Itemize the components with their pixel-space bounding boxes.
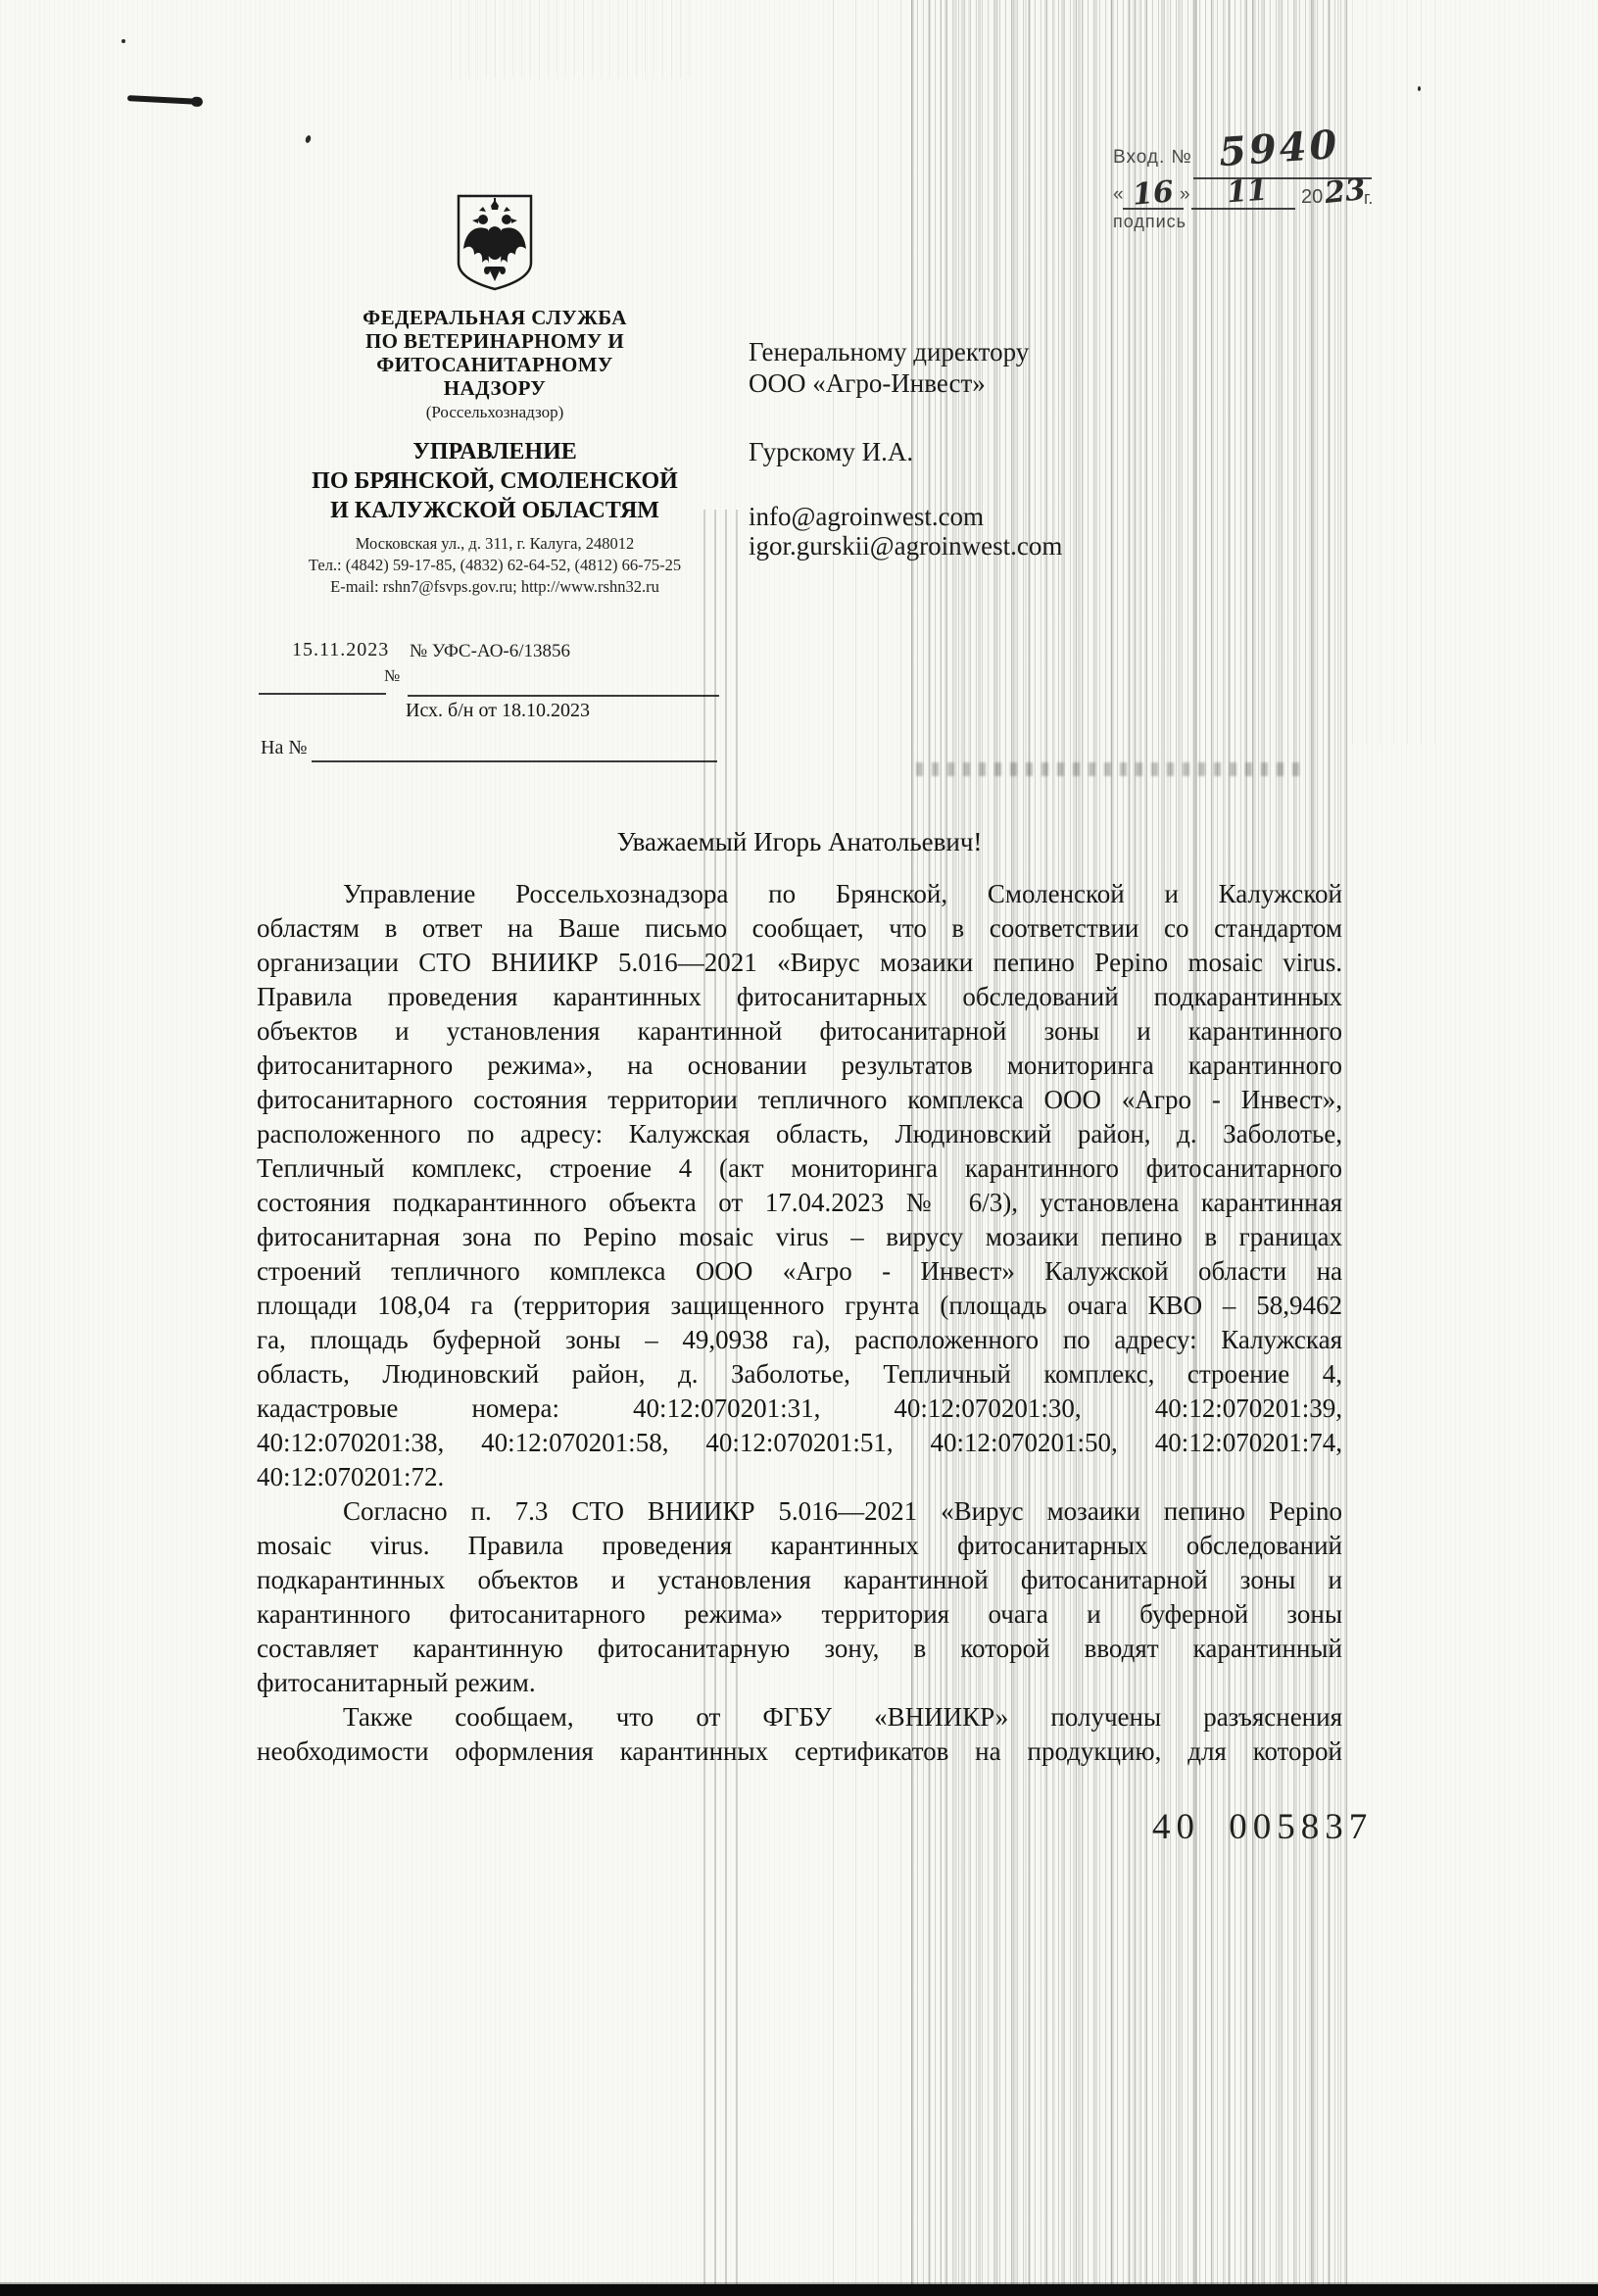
org-name-line: ФИТОСАНИТАРНОМУ [235,353,754,376]
body-line: необходимости оформления карантинных сер… [257,1734,1342,1769]
division-name: УПРАВЛЕНИЕ ПО БРЯНСКОЙ, СМОЛЕНСКОЙ И КАЛ… [235,437,754,525]
body-line: состояния подкарантинного объекта от 17.… [257,1186,1342,1220]
inbox-stamp-century: 20 [1301,186,1323,209]
scan-speck [1418,86,1421,91]
org-name: ФЕДЕРАЛЬНАЯ СЛУЖБА ПО ВЕТЕРИНАРНОМУ И ФИ… [235,306,754,400]
body-line: Управление Россельхознадзора по Брянской… [257,877,1342,911]
postal-address: Московская ул., д. 311, г. Калуга, 24801… [235,533,754,555]
division-line: ПО БРЯНСКОЙ, СМОЛЕНСКОЙ [235,466,754,496]
number-sign-label: № [384,666,400,686]
body-line: 40:12:070201:72. [257,1460,1342,1494]
body-line: областям в ответ на Ваше письмо сообщает… [257,911,1342,946]
body-line: Также сообщаем, что от ФГБУ «ВНИИКР» пол… [257,1700,1342,1734]
org-name-line: ФЕДЕРАЛЬНАЯ СЛУЖБА [235,306,754,329]
scanned-letter-page: ФЕДЕРАЛЬНАЯ СЛУЖБА ПО ВЕТЕРИНАРНОМУ И ФИ… [0,0,1598,2296]
addressee-company: ООО «Агро-Инвест» [749,368,986,399]
inbox-stamp-month-line [1191,190,1295,210]
body-line: расположенного по адресу: Калужская обла… [257,1117,1342,1151]
body-line: га, площадь буферной зоны – 49,0938 га),… [257,1323,1342,1357]
body-line: составляет карантинную фитосанитарную зо… [257,1632,1342,1666]
scan-speck [305,134,312,143]
form-serial-number: 40 005837 [1152,1806,1373,1848]
email-website: E-mail: rshn7@fsvps.gov.ru; http://www.r… [235,576,754,598]
letterhead: ФЕДЕРАЛЬНАЯ СЛУЖБА ПО ВЕТЕРИНАРНОМУ И ФИ… [235,192,754,598]
addressee-email-1: info@agroinwest.com [749,502,984,532]
body-line: площади 108,04 га (территория защищенног… [257,1289,1342,1323]
division-line: И КАЛУЖСКОЙ ОБЛАСТЯМ [235,496,754,525]
number-underline [408,677,719,697]
body-line: подкарантинных объектов и установления к… [257,1563,1342,1597]
division-line: УПРАВЛЕНИЕ [235,437,754,466]
body-line: карантинного фитосанитарного режима» тер… [257,1597,1342,1632]
scan-smudge-row [916,762,1308,776]
body-line: фитосанитарный режим. [257,1666,1342,1700]
body-line: 40:12:070201:38, 40:12:070201:58, 40:12:… [257,1426,1342,1460]
scan-streak-band-top [451,0,696,78]
addressee-title: Генеральному директору [749,337,1029,367]
stamp-quote-open: « [1113,184,1124,206]
letterhead-contacts: Московская ул., д. 311, г. Калуга, 24801… [235,533,754,598]
outgoing-reference: Исх. б/н от 18.10.2023 [406,700,590,722]
body-line: фитосанитарного состояния территории теп… [257,1083,1342,1117]
body-line: объектов и установления карантинной фито… [257,1014,1342,1049]
inbox-stamp-day-line [1123,190,1184,210]
org-name-line: НАДЗОРУ [235,376,754,400]
scan-speck [121,39,125,43]
inbox-stamp-year-handwritten: 23 [1323,172,1367,211]
scan-streak-band-right [1352,0,1440,745]
body-line: фитосанитарная зона по Pepino mosaic vir… [257,1220,1342,1254]
inbox-stamp-signature-label: подпись [1113,212,1186,232]
org-short-name: (Россельхознадзор) [235,402,754,423]
org-name-line: ПО ВЕТЕРИНАРНОМУ И [235,329,754,353]
body-paragraphs: Управление Россельхознадзора по Брянской… [257,877,1342,1769]
reply-to-label: На № [261,737,307,759]
body-line: кадастровые номера: 40:12:070201:31, 40:… [257,1392,1342,1426]
body-line: организации СТО ВНИИКР 5.016—2021 «Вирус… [257,946,1342,980]
body-line: фитосанитарного режима», на основании ре… [257,1049,1342,1083]
letter-date: 15.11.2023 [292,639,389,661]
body-line: область, Людиновский район, д. Заболотье… [257,1357,1342,1392]
coat-of-arms-icon [453,192,537,292]
body-line: строений тепличного комплекса ООО «Агро … [257,1254,1342,1289]
body-line: mosaic virus. Правила проведения каранти… [257,1529,1342,1563]
inbox-stamp-year-suffix: г. [1364,188,1373,209]
inbox-stamp-label: Вход. № [1113,147,1192,169]
reply-underline [312,743,717,762]
body-line: Согласно п. 7.3 СТО ВНИИКР 5.016—2021 «В… [257,1494,1342,1529]
body-line: Правила проведения карантинных фитосанит… [257,980,1342,1014]
letter-number: № УФС-АО-6/13856 [410,641,570,662]
date-underline [259,675,386,695]
body-line: Тепличный комплекс, строение 4 (акт мони… [257,1151,1342,1186]
pen-mark [127,95,200,105]
phone-numbers: Тел.: (4842) 59-17-85, (4832) 62-64-52, … [235,555,754,576]
scan-edge-bar [0,2284,1598,2296]
addressee-person: Гурскому И.А. [749,437,913,467]
addressee-email-2: igor.gurskii@agroinwest.com [749,531,1062,562]
salutation: Уважаемый Игорь Анатольевич! [257,827,1342,857]
